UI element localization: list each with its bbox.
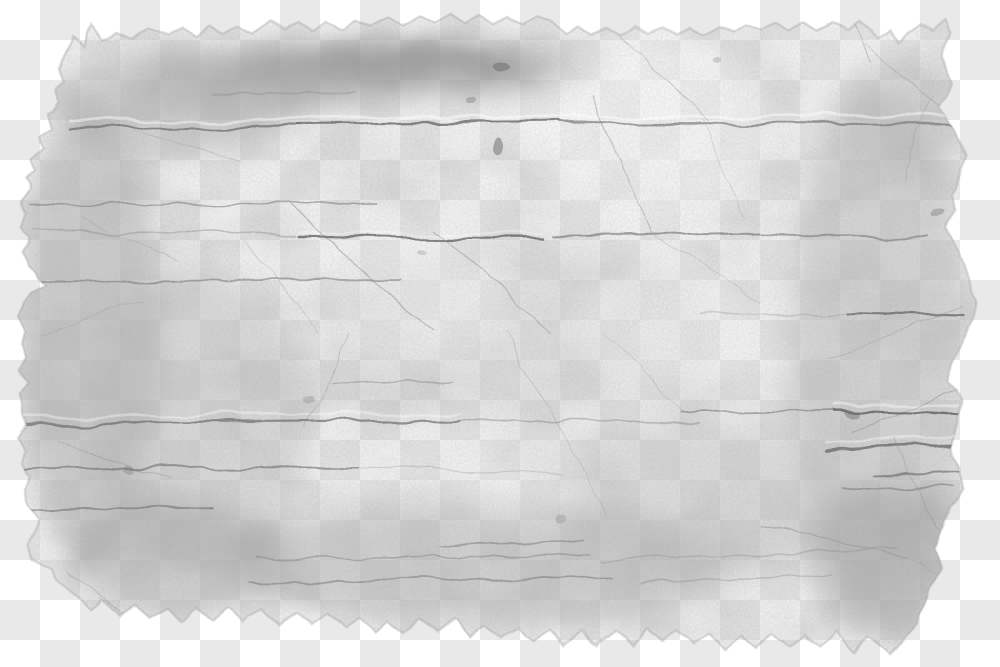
dark-spot [496, 59, 514, 69]
dark-spot [713, 56, 723, 64]
fine-grain-layer [0, 0, 1000, 667]
dark-spot [934, 210, 946, 218]
png-preview-stage [0, 0, 1000, 667]
dark-spot [558, 514, 568, 524]
dark-spot [125, 466, 135, 474]
crease-line [35, 233, 295, 234]
torn-paper-texture [0, 0, 1000, 667]
dark-spot [493, 140, 503, 156]
dark-spot [300, 393, 312, 401]
dark-spot [466, 96, 474, 104]
dark-spot [846, 410, 858, 418]
paper-sheet [0, 0, 1000, 667]
dark-spot [416, 247, 424, 253]
